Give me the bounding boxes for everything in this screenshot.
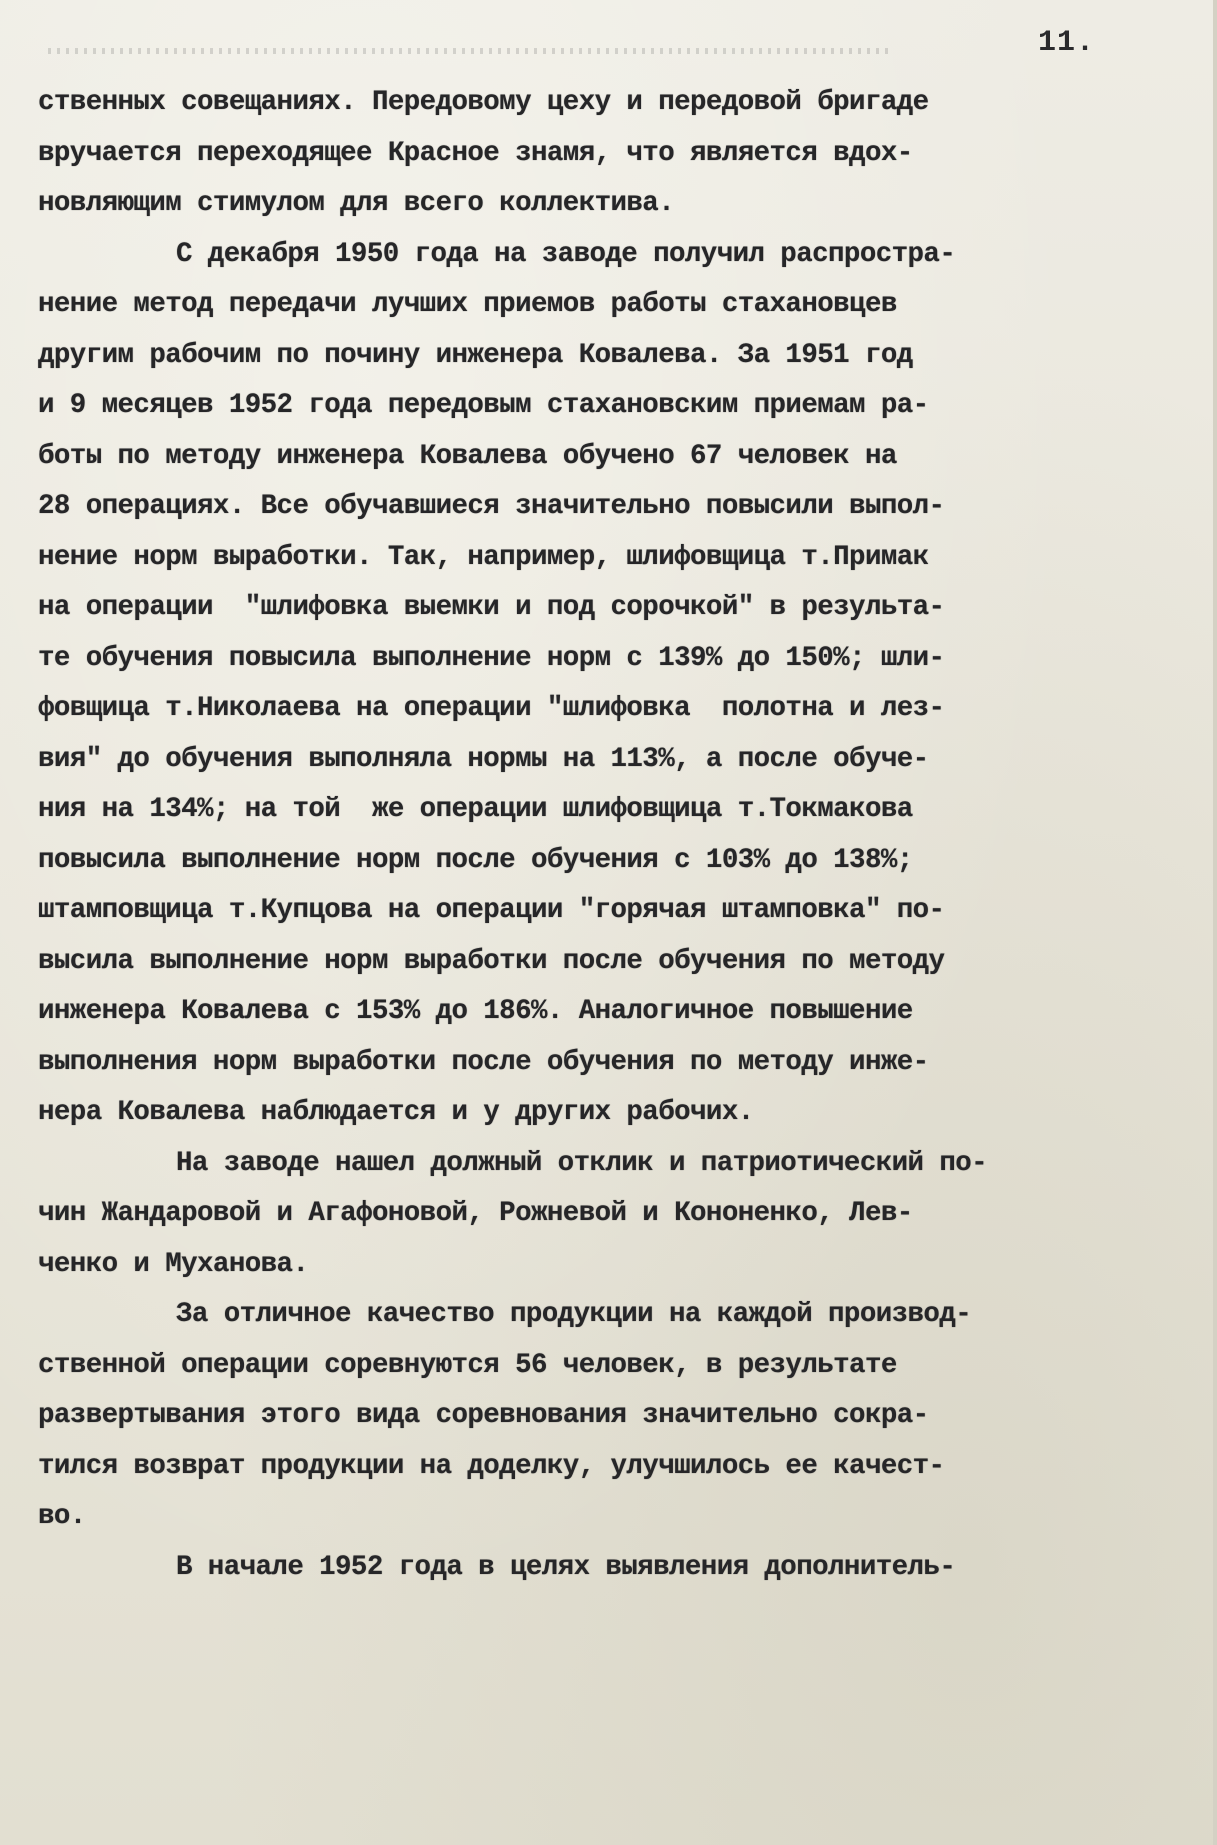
text-line: вия" до обучения выполняла нормы на 113%… — [38, 735, 1198, 786]
text-line: другим рабочим по почину инженера Ковале… — [38, 331, 1198, 382]
text-line: ния на 134%; на той же операции шлифовщи… — [38, 785, 1198, 836]
text-line: чин Жандаровой и Агафоновой, Рожневой и … — [38, 1189, 1198, 1240]
text-line: штамповщица т.Купцова на операции "горяч… — [38, 886, 1198, 937]
page-number: 11. — [1038, 26, 1095, 60]
text-line: высила выполнение норм выработки после о… — [38, 937, 1198, 988]
text-line: те обучения повысила выполнение норм с 1… — [38, 634, 1198, 685]
paragraph-first-line: На заводе нашел должный отклик и патриот… — [38, 1139, 1198, 1190]
text-line: ственных совещаниях. Передовому цеху и п… — [38, 78, 1198, 129]
text-line: выполнения норм выработки после обучения… — [38, 1038, 1198, 1089]
text-line: нера Ковалева наблюдается и у других раб… — [38, 1088, 1198, 1139]
text-line: фовщица т.Николаева на операции "шлифовк… — [38, 684, 1198, 735]
faded-text-remnant — [48, 48, 888, 54]
document-body: ственных совещаниях. Передовому цеху и п… — [38, 78, 1198, 1593]
text-line: и 9 месяцев 1952 года передовым стаханов… — [38, 381, 1198, 432]
text-line: инженера Ковалева с 153% до 186%. Аналог… — [38, 987, 1198, 1038]
text-line: ченко и Муханова. — [38, 1240, 1198, 1291]
paragraph-first-line: В начале 1952 года в целях выявления доп… — [38, 1543, 1198, 1594]
text-line: ственной операции соревнуются 56 человек… — [38, 1341, 1198, 1392]
text-line: боты по методу инженера Ковалева обучено… — [38, 432, 1198, 483]
text-line: нение метод передачи лучших приемов рабо… — [38, 280, 1198, 331]
text-line: во. — [38, 1492, 1198, 1543]
paragraph-first-line: С декабря 1950 года на заводе получил ра… — [38, 230, 1198, 281]
text-line: нение норм выработки. Так, например, шли… — [38, 533, 1198, 584]
text-line: тился возврат продукции на доделку, улуч… — [38, 1442, 1198, 1493]
text-line: на операции "шлифовка выемки и под сороч… — [38, 583, 1198, 634]
text-line: развертывания этого вида соревнования зн… — [38, 1391, 1198, 1442]
text-line: 28 операциях. Все обучавшиеся значительн… — [38, 482, 1198, 533]
text-line: повысила выполнение норм после обучения … — [38, 836, 1198, 887]
text-line: вручается переходящее Красное знамя, что… — [38, 129, 1198, 180]
text-line: новляющим стимулом для всего коллектива. — [38, 179, 1198, 230]
typewritten-page: 11. ственных совещаниях. Передовому цеху… — [0, 0, 1217, 1845]
paragraph-first-line: За отличное качество продукции на каждой… — [38, 1290, 1198, 1341]
